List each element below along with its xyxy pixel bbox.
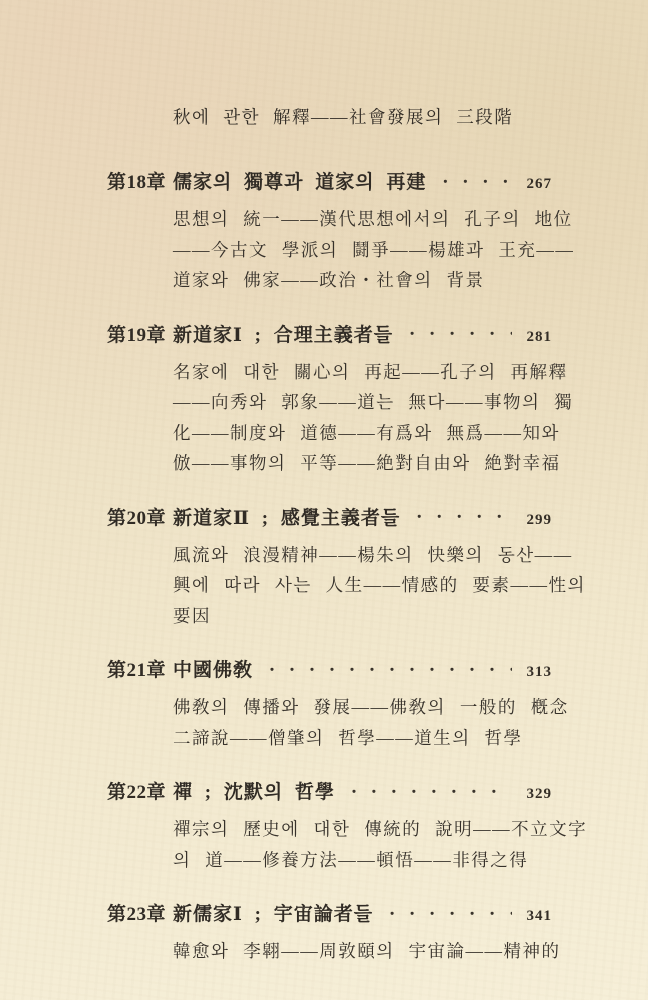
page-number: 299 (518, 507, 552, 533)
description-line: 倣——事物의 平等——絶對自由와 絶對幸福 (173, 448, 552, 479)
dot-leader: ・・・・・・・・・・・・・ (347, 787, 512, 801)
description-line: 風流와 浪漫精神——楊朱의 快樂의 동산—— (173, 540, 552, 571)
chapter-description: 風流와 浪漫精神——楊朱의 快樂의 동산—— 興에 따라 사는 人生——情感的 … (173, 540, 552, 632)
chapter-description: 名家에 대한 關心의 再起——孔子의 再解釋 ——向秀와 郭象——道는 無다——… (173, 357, 552, 479)
page-number: 329 (518, 781, 552, 807)
chapter-number: 第23章 (107, 902, 173, 928)
toc-entry-chapter-19: 第19章 新道家Ⅰ ; 合理主義者들 ・・・・・・・・ 281 名家에 대한 關… (107, 323, 552, 479)
description-line: ——向秀와 郭象——道는 無다——事物의 獨 (173, 387, 552, 418)
chapter-number: 第20章 (107, 506, 173, 532)
description-line: 佛敎의 傳播와 發展——佛敎의 一般的 槪念 (173, 692, 552, 723)
table-of-contents: 秋에 관한 解釋——社會發展의 三段階 第18章 儒家의 獨尊과 道家의 再建 … (107, 106, 552, 967)
description-line: ——今古文 學派의 鬪爭——楊雄과 王充—— (173, 235, 552, 266)
chapter-heading: 第18章 儒家의 獨尊과 道家의 再建 ・・・・・・・ 267 (107, 170, 552, 197)
toc-entry-chapter-20: 第20章 新道家Ⅱ ; 感覺主義者들 ・・・・・・・・・ 299 風流와 浪漫精… (107, 506, 552, 632)
dot-leader: ・・・・・・・・・・・・・・・・・ (265, 665, 512, 679)
description-line: 道家와 佛家——政治・社會의 背景 (173, 265, 552, 296)
chapter-number: 第18章 (107, 170, 173, 196)
chapter-title: 新儒家Ⅰ ; 宇宙論者들 (173, 902, 373, 928)
description-line: 의 道——修養方法——頓悟——非得之得 (173, 845, 552, 876)
scanned-book-page: 秋에 관한 解釋——社會發展의 三段階 第18章 儒家의 獨尊과 道家의 再建 … (0, 0, 648, 1000)
page-number: 267 (518, 171, 552, 197)
chapter-description: 韓愈와 李翶——周敦頤의 宇宙論——精神的 (173, 936, 552, 967)
chapter-number: 第22章 (107, 780, 173, 806)
dot-leader: ・・・・・・・・・ (385, 909, 512, 923)
chapter-description: 禪宗의 歷史에 대한 傳統的 說明——不立文字 의 道——修養方法——頓悟——非… (173, 814, 552, 875)
chapter17-continuation-text: 秋에 관한 解釋——社會發展의 三段階 (173, 106, 552, 128)
chapter-heading: 第19章 新道家Ⅰ ; 合理主義者들 ・・・・・・・・ 281 (107, 323, 552, 350)
chapter-number: 第19章 (107, 323, 173, 349)
dot-leader: ・・・・・・・・ (405, 329, 512, 343)
chapter-heading: 第23章 新儒家Ⅰ ; 宇宙論者들 ・・・・・・・・・ 341 (107, 902, 552, 929)
description-line: 思想의 統一——漢代思想에서의 孔子의 地位 (173, 204, 552, 235)
page-number: 341 (518, 903, 552, 929)
toc-entry-chapter-23: 第23章 新儒家Ⅰ ; 宇宙論者들 ・・・・・・・・・ 341 韓愈와 李翶——… (107, 902, 552, 967)
page-number: 313 (518, 659, 552, 685)
chapter-heading: 第21章 中國佛敎 ・・・・・・・・・・・・・・・・・ 313 (107, 658, 552, 685)
description-line: 禪宗의 歷史에 대한 傳統的 說明——不立文字 (173, 814, 552, 845)
chapter-title: 儒家의 獨尊과 道家의 再建 (173, 170, 426, 196)
page-number: 281 (518, 324, 552, 350)
toc-entry-chapter-18: 第18章 儒家의 獨尊과 道家의 再建 ・・・・・・・ 267 思想의 統一——… (107, 170, 552, 296)
description-line: 二諦說——僧肇의 哲學——道生의 哲學 (173, 723, 552, 754)
chapter-description: 佛敎의 傳播와 發展——佛敎의 一般的 槪念 二諦說——僧肇의 哲學——道生의 … (173, 692, 552, 753)
chapter-title: 新道家Ⅰ ; 合理主義者들 (173, 323, 393, 349)
chapter-title: 新道家Ⅱ ; 感覺主義者들 (173, 506, 400, 532)
chapter-title: 禪 ; 沈默의 哲學 (173, 780, 335, 806)
description-line: 韓愈와 李翶——周敦頤의 宇宙論——精神的 (173, 936, 552, 967)
chapter-description: 思想의 統一——漢代思想에서의 孔子의 地位 ——今古文 學派의 鬪爭——楊雄과… (173, 204, 552, 296)
toc-entry-chapter-21: 第21章 中國佛敎 ・・・・・・・・・・・・・・・・・ 313 佛敎의 傳播와 … (107, 658, 552, 753)
chapter-heading: 第22章 禪 ; 沈默의 哲學 ・・・・・・・・・・・・・ 329 (107, 780, 552, 807)
toc-entry-chapter-22: 第22章 禪 ; 沈默의 哲學 ・・・・・・・・・・・・・ 329 禪宗의 歷史… (107, 780, 552, 875)
dot-leader: ・・・・・・・・・ (412, 512, 512, 526)
dot-leader: ・・・・・・・ (438, 177, 512, 191)
description-line: 興에 따라 사는 人生——情感的 要素——性의 (173, 570, 552, 601)
chapter-heading: 第20章 新道家Ⅱ ; 感覺主義者들 ・・・・・・・・・ 299 (107, 506, 552, 533)
description-line: 要因 (173, 601, 552, 632)
description-line: 化——制度와 道德——有爲와 無爲——知와 (173, 418, 552, 449)
chapter-title: 中國佛敎 (173, 658, 253, 684)
description-line: 名家에 대한 關心의 再起——孔子의 再解釋 (173, 357, 552, 388)
chapter-number: 第21章 (107, 658, 173, 684)
